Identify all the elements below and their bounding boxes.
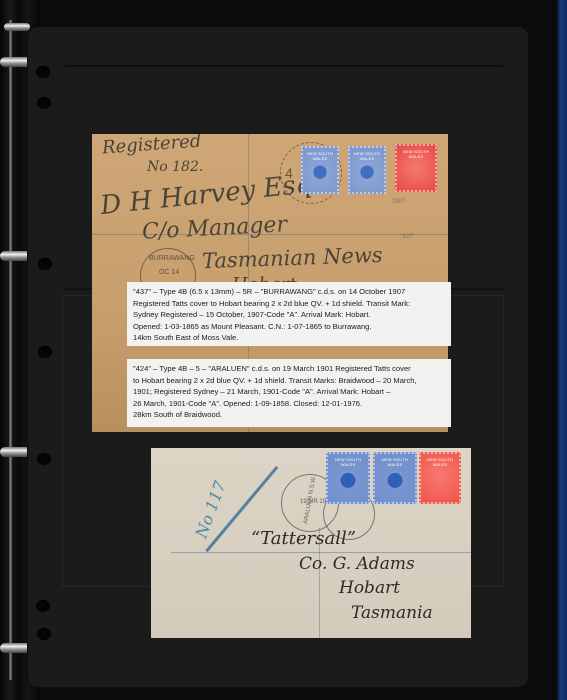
binder-cover-edge <box>557 0 567 700</box>
caption-line: "424" – Type 4B – 5 – "ARALUEN" c.d.s. o… <box>133 363 445 375</box>
caption-line: "437" – Type 4B (6.5 x 13mm) – 5R – "BUR… <box>133 286 445 298</box>
caption-line: Sydney Registered – 15 October, 1907-Cod… <box>133 309 445 321</box>
binder-rod <box>9 20 12 680</box>
handwriting-line2: Co. G. Adams <box>299 554 415 574</box>
handwriting-reg-number: No 182. <box>147 159 203 175</box>
stamp-2d-blue-1: NEW SOUTH WALES <box>326 452 370 504</box>
punch-hole <box>38 346 52 358</box>
handwriting-line2: C/o Manager <box>141 212 287 245</box>
caption-line: to Hobart bearing 2 x 2d blue QV. + 1d s… <box>133 375 445 387</box>
caption-line: 1901; Registered Sydney – 21 March, 1901… <box>133 386 445 398</box>
caption-line: Registered Tatts cover to Hobart bearing… <box>133 298 445 310</box>
caption-line: 26 March, 1901-Code "A". Opened: 1-09-18… <box>133 398 445 410</box>
handwriting-registered: Registered <box>101 134 202 158</box>
punch-hole <box>37 453 51 465</box>
stamp-2d-blue-2: NEW SOUTH WALES <box>348 146 386 194</box>
registration-line <box>171 552 471 553</box>
handwriting-line3: Tasmanian News <box>202 243 383 273</box>
stamp-1d-red-shield: NEW SOUTH WALES <box>419 452 461 504</box>
stamp-1d-red-shield: NEW SOUTH WALES <box>395 144 437 192</box>
stamp-2d-blue-1: NEW SOUTH WALES <box>301 146 339 194</box>
caption-437: "437" – Type 4B (6.5 x 13mm) – 5R – "BUR… <box>127 282 451 346</box>
punch-hole <box>37 97 51 109</box>
handwriting-line4: Tasmania <box>351 603 433 623</box>
pencil-note-number: "437" <box>400 234 414 240</box>
punch-hole <box>37 628 51 640</box>
caption-line: Opened: 1-03-1865 as Mount Pleasant. C.N… <box>133 321 445 333</box>
cover-424: No 117 “Tattersall” Co. G. Adams Hobart … <box>151 448 471 638</box>
caption-line: 14km South East of Moss Vale. <box>133 332 445 344</box>
caption-424: "424" – Type 4B – 5 – "ARALUEN" c.d.s. o… <box>127 359 451 427</box>
binder-clip-top <box>4 23 30 31</box>
punch-hole <box>38 258 52 270</box>
punch-hole <box>36 66 50 78</box>
pencil-note-year: 1907 <box>392 199 405 205</box>
page-strip-line <box>65 65 503 67</box>
caption-line: 28km South of Braidwood. <box>133 409 445 421</box>
handwriting-line3: Hobart <box>339 578 400 598</box>
stamp-2d-blue-2: NEW SOUTH WALES <box>373 452 417 504</box>
punch-hole <box>36 600 50 612</box>
